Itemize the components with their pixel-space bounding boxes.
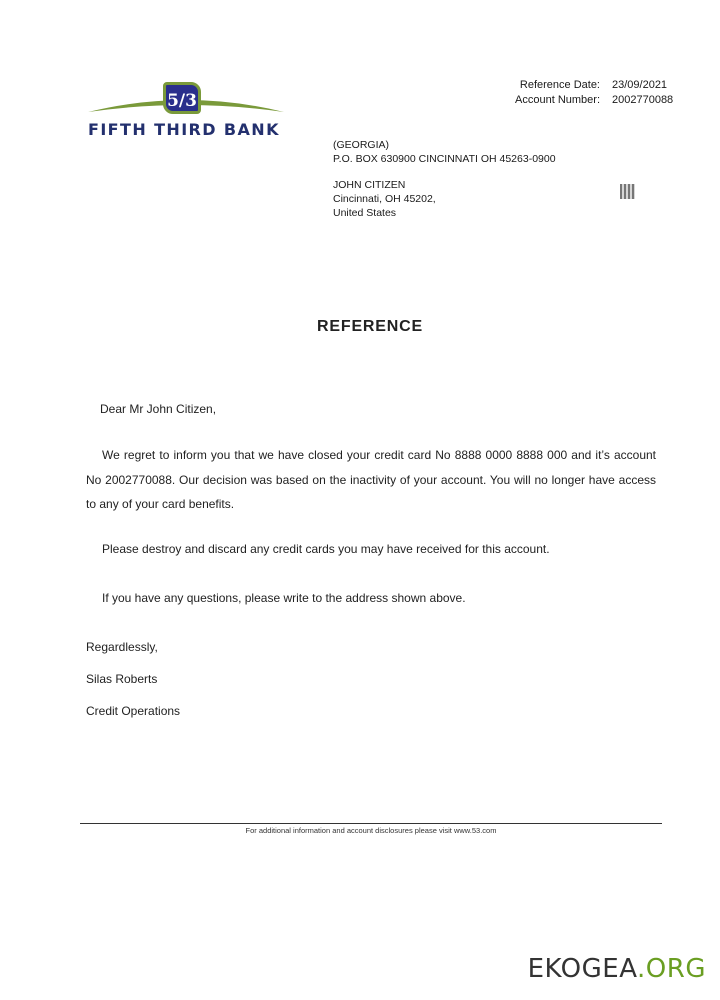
footer-disclosure: For additional information and account d…: [80, 826, 662, 835]
sender-address: (GEORGIA) P.O. BOX 630900 CINCINNATI OH …: [333, 138, 556, 166]
signer-name: Silas Roberts: [86, 672, 157, 686]
account-number-value: 2002770088: [612, 93, 690, 108]
reference-date-value: 23/09/2021: [612, 78, 690, 93]
sender-address-line1: (GEORGIA): [333, 138, 556, 152]
recipient-address: JOHN CITIZEN Cincinnati, OH 45202, Unite…: [333, 178, 436, 220]
watermark: EKOGEA.ORG: [528, 954, 706, 984]
sender-address-line2: P.O. BOX 630900 CINCINNATI OH 45263-0900: [333, 152, 556, 166]
reference-block: Reference Date: 23/09/2021 Account Numbe…: [515, 78, 690, 108]
reference-date-label: Reference Date:: [520, 78, 600, 93]
watermark-part1: EKOGEA: [528, 954, 637, 984]
footer-divider: [80, 823, 662, 824]
recipient-country: United States: [333, 206, 436, 220]
closing: Regardlessly,: [86, 640, 158, 654]
qr-code-icon: [620, 184, 635, 199]
bank-logo: 5/3 FIFTH THIRD BANK: [86, 80, 286, 140]
bank-name: FIFTH THIRD BANK: [88, 120, 280, 139]
recipient-name: JOHN CITIZEN: [333, 178, 436, 192]
account-number-label: Account Number:: [515, 93, 600, 108]
letter-title: REFERENCE: [0, 318, 720, 336]
recipient-city: Cincinnati, OH 45202,: [333, 192, 436, 206]
paragraph-destroy-cards: Please destroy and discard any credit ca…: [102, 542, 550, 556]
signer-department: Credit Operations: [86, 704, 180, 718]
salutation: Dear Mr John Citizen,: [100, 402, 216, 416]
fifth-third-mark-icon: 5/3: [163, 82, 201, 114]
paragraph-closure-notice: We regret to inform you that we have clo…: [86, 443, 656, 517]
paragraph-questions: If you have any questions, please write …: [102, 591, 466, 605]
watermark-part2: .ORG: [637, 954, 706, 984]
